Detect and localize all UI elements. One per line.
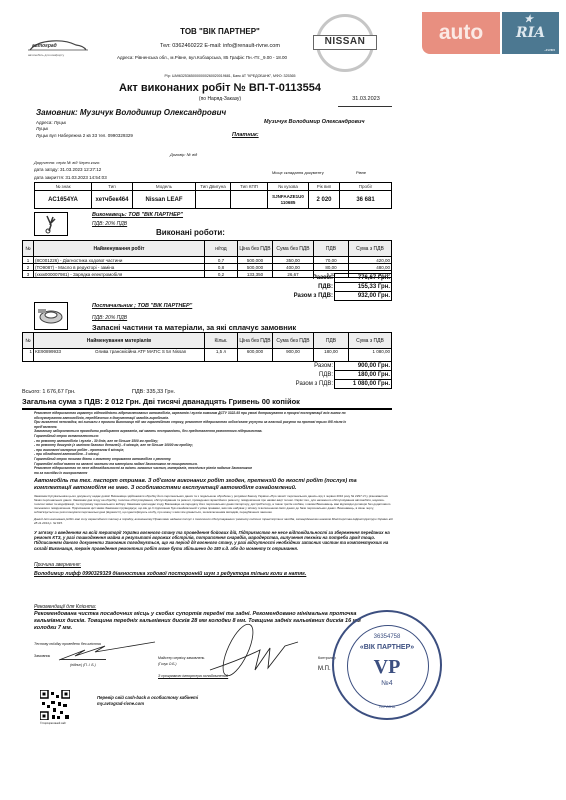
part-name: Олива трансмісійна ATF MATIC S 5л Nissan [94,349,205,362]
qr-caption: © Корпоративний сайт [40,722,66,725]
part-qty: 1,5 л [205,349,238,362]
works-executor: Виконавець: ТОВ "ВІК ПАРТНЕР" [92,212,183,219]
vehicle-header-cell: Тип КПП [231,183,268,191]
warranty-terms: Ремонтне підприємство гарантує відповідн… [34,411,394,475]
works-header-cell: Сума з ПДВ [349,241,392,257]
warranty-line: Ремонтне підприємство гарантує відповідн… [34,411,394,416]
customer-sign-label: Замовник [34,654,50,658]
vehicle-header-cell: № знак [35,183,92,191]
total-label: Разом з ПДВ: [270,380,335,389]
work-name: (TO9087) - Масло в редукторі - заміна [34,264,205,271]
total-value: 900,00 Грн. [335,362,392,371]
row-number: 1 [23,349,34,362]
vehicle-model: Nissan LEAF [133,191,196,209]
total-value: 155,33 Грн. [335,283,392,292]
company-name: ТОВ "ВІК ПАРТНЕР" [120,27,320,37]
parts-header-cell: Ціна без ПДВ [238,333,273,349]
privacy-text: Замовник Купувальника цього документу на… [34,494,394,514]
total-value: 776,67 Грн. [335,274,392,283]
parts-header-cell: № [23,333,34,349]
mp-label: М.П. [318,666,331,672]
vehicle-table-row: AC1654YA хетчбек464 Nissan LEAF SJNFAAZE… [35,191,392,209]
total-value: 932,00 Грн. [335,292,392,301]
autoria-ria-block: ★ RIA .com [502,12,559,54]
work-price: 133,350 [238,271,273,278]
work-sum: 350,00 [273,257,314,264]
vehicle-year: 2 020 [309,191,340,209]
vehicle-plate: AC1654YA [35,191,92,209]
table-row: 2 (TO9087) - Масло в редукторі - заміна … [23,264,392,271]
company-stamp: 36354758 «ВІК ПАРТНЕР» VP №4 УКРАЇНА [332,610,442,720]
vehicle-type: хетчбек464 [92,191,133,209]
reason-label: Причина звернення: [34,562,81,568]
work-hours: 0,7 [205,257,238,264]
works-header-cell: Найменування робіт [34,241,205,257]
payer-label: Платник: [232,132,259,139]
works-header-cell: Ціна без ПДВ [238,241,273,257]
work-name: (8С001226) - Діагностика ходової частини [34,257,205,264]
works-header-cell: н/год [205,241,238,257]
part-vat: 180,00 [314,349,349,362]
works-table-header: № Найменування робіт н/год Ціна без ПДВ … [23,241,392,257]
total-value: 1 080,00 Грн. [335,380,392,389]
parts-grand-row: Разом з ПДВ:1 080,00 Грн. [270,380,392,389]
vehicle-vin: SJNFAAZE1U0 110685 [268,191,309,209]
table-row: 1 KE90899933 Олива трансмісійна ATF MATI… [23,349,392,362]
parts-header-cell: Кільк. [205,333,238,349]
warranty-line: та за наслідки їх використання [34,471,394,476]
part-price: 600,000 [238,349,273,362]
part-total: 1 080,00 [349,349,392,362]
work-name: (хкхк000007981) - Зарядка електромобіля [34,271,205,278]
parts-title: Запасні частини та матеріали, за які спл… [92,324,296,332]
customer-address: Адреса: Луцьк [36,120,66,126]
wrench-icon [35,213,67,235]
date-underline [338,106,392,107]
vehicle-header-cell: Модель [133,183,196,191]
vehicle-gearbox [231,191,268,209]
acceptance-text: Автомобіль та тех. паспорт отримав. З об… [34,478,394,492]
parts-icon-box [34,302,68,330]
part-sum: 900,00 [273,349,314,362]
act-note: Даний Акт виконання робіт має силу гаран… [34,517,394,525]
customer-city: Луцьк [36,126,48,132]
works-header-cell: Сума без ПДВ [273,241,314,257]
qr-code [40,690,70,720]
power-of-attorney: Доручення: серія № від Через кого: [34,160,100,165]
warranty-line: При виявленні неполадок, які виникли з п… [34,420,394,425]
autoria-ria-text: RIA [516,25,545,41]
autoria-com-text: .com [544,47,555,52]
stamp-country: УКРАЇНА [334,704,440,709]
row-number: 2 [23,264,34,271]
master-sign-label: Майстер сервісу замовлень [158,656,204,660]
customer-street-phone: Луцьк вул Набережна 2 кв 33 тел. 0990329… [36,133,133,139]
work-hours: 0,8 [205,264,238,271]
vehicle-mileage: 36 681 [340,191,392,209]
war-note: У зв'язку з введенням на всій території … [34,530,394,551]
contract-info: Договір: № від [170,152,197,157]
works-vat-row: ПДВ:155,33 Грн. [270,283,392,292]
parts-table-header: № Найменування матеріалів Кільк. Ціна бе… [23,333,392,349]
parts-header-cell: Сума з ПДВ [349,333,392,349]
vehicle-engine [196,191,231,209]
works-totals: Разом:776,67 Грн. ПДВ:155,33 Грн. Разом … [270,273,392,301]
star-icon: ★ [524,15,533,25]
summary-grand: Загальна сума з ПДВ: 2 012 Грн. Дві тися… [22,398,300,406]
works-icon-box [34,212,68,236]
cashback-text: Перевір свій cash-back в особистому кабі… [97,695,198,700]
avtograd-logo: автоград автомобіль для комфорту [26,36,90,60]
cashback-url[interactable]: my.avtograd-rivne.com [97,701,144,706]
stamp-number: №4 [334,680,440,687]
company-contacts: Тел: 0362460222 E-mail: info@renault-riv… [110,43,330,50]
row-number: 3 [23,271,34,278]
stamp-logo: VP [334,656,440,678]
parts-total-row: Разом:900,00 Грн. [270,362,392,371]
doc-date: 31.03.2023 [340,96,392,103]
stamp-code: 36354758 [334,634,440,640]
vehicle-header-cell: № кузова [268,183,309,191]
summary-divider [22,408,392,410]
work-hours: 0,2 [205,271,238,278]
nissan-logo: NISSAN [316,14,374,72]
works-vat: ПДВ: 20% ПДВ [92,221,127,227]
table-row: 1 (8С001226) - Діагностика ходової части… [23,257,392,264]
doc-subtitle: (по Наряд-Заказу) [160,96,280,102]
doc-title: Акт виконаних робіт № ВП-Т-0113554 [100,82,340,94]
vehicle-header-cell: Рік вип [309,183,340,191]
customer-signature [55,640,165,666]
place-label: Місце складання документу [272,170,324,175]
works-total-row: Разом:776,67 Грн. [270,274,392,283]
work-total: 420,00 [349,257,392,264]
parts-icon [35,303,67,329]
place-value: Рівне [356,170,366,175]
parts-header-cell: Сума без ПДВ [273,333,314,349]
vehicle-header-cell: Тип Двигуна [196,183,231,191]
works-header-cell: № [23,241,34,257]
works-title: Виконані роботи: [156,228,225,238]
reason-text: Володимир лифф 0990329329 діагностика хо… [34,571,306,577]
parts-supplier: Постачальник ; ТОВ "ВІК ПАРТНЕР" [92,303,192,310]
part-code: KE90899933 [34,349,95,362]
parts-totals: Разом:900,00 Грн. ПДВ:180,00 Грн. Разом … [270,361,392,389]
vehicle-header-cell: Пробіг [340,183,392,191]
vehicle-table: № знак Тип Модель Тип Двигуна Тип КПП № … [34,182,392,209]
nissan-logo-text: NISSAN [313,35,377,50]
master-signature [200,620,300,690]
parts-header-cell: Найменування матеріалів [34,333,205,349]
avtograd-logo-sub: автомобіль для комфорту [28,53,64,57]
parts-table: № Найменування матеріалів Кільк. Ціна бе… [22,332,392,362]
company-bank: Р/р: UA963253650000000260020019681, Банк… [130,74,330,79]
total-value: 180,00 Грн. [335,371,392,380]
vehicle-table-header: № знак Тип Модель Тип Двигуна Тип КПП № … [35,183,392,191]
parts-vat: ПДВ: 20% ПДВ [92,315,127,321]
work-vat: 70,00 [314,257,349,264]
total-label: Разом: [270,362,335,371]
summary-vat: ПДВ: 335,33 Грн. [132,389,175,396]
works-header-cell: ПДВ [314,241,349,257]
summary-total: Всього: 1 676,67 Грн. [22,389,76,396]
work-price: 500,000 [238,264,273,271]
work-total: 480,00 [349,264,392,271]
date-out: дата закриття: 31.03.2023 14:54:03 [34,175,107,181]
total-label: Разом з ПДВ: [270,292,335,301]
works-grand-row: Разом з ПДВ:932,00 Грн. [270,292,392,301]
total-label: ПДВ: [270,371,335,380]
vehicle-header-cell: Тип [92,183,133,191]
master-sign-sub: (Гичук О.Б.) [158,662,177,666]
autoria-watermark: auto ★ RIA .com [422,12,559,54]
recommendations-label: Рекомендації для Клієнта: [34,604,96,610]
work-price: 500,000 [238,257,273,264]
customer-name: Замовник: Музичук Володимир Олександрови… [36,108,226,118]
total-label: ПДВ: [270,283,335,292]
payer-name: Музичук Володимир Олександрович [264,119,365,126]
stamp-name: «ВІК ПАРТНЕР» [334,644,440,651]
work-sum: 400,00 [273,264,314,271]
date-in: дата заїзду: 31.03.2023 12:27:12 [34,167,101,173]
recommendations-text: Рекомендована чистка посадочних місць у … [34,611,364,632]
parts-header-cell: ПДВ [314,333,349,349]
row-number: 1 [23,257,34,264]
work-vat: 80,00 [314,264,349,271]
avtograd-logo-text: автоград [32,43,57,49]
autoria-auto-text: auto [422,12,500,54]
parts-vat-row: ПДВ:180,00 Грн. [270,371,392,380]
company-address: Адреса: Рівненська обл., м.Рівне, вул.Ко… [92,55,312,61]
total-label: Разом: [270,274,335,283]
